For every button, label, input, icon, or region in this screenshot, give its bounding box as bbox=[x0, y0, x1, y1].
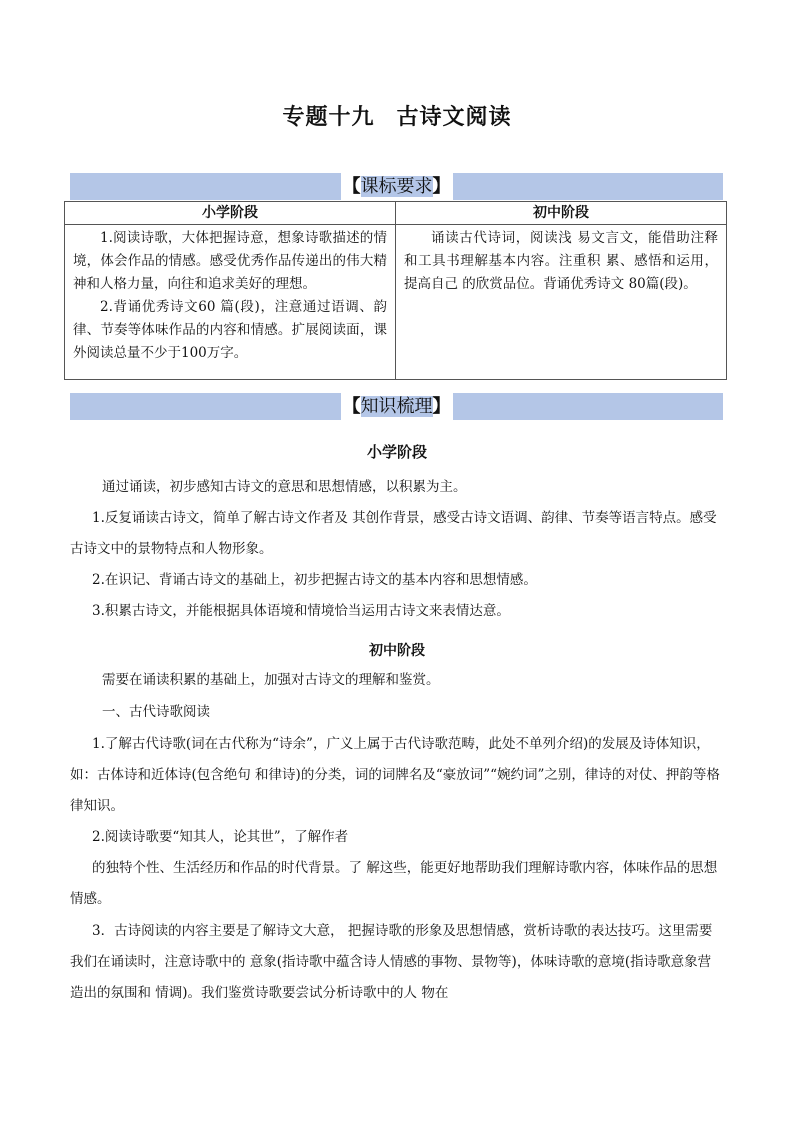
table-row: 1.阅读诗歌，大体把握诗意，想象诗歌描述的情境，体会作品的情感。感受优秀作品传递… bbox=[65, 225, 727, 380]
primary-intro: 通过诵读，初步感知古诗文的意思和思想情感，以积累为主。 bbox=[82, 472, 722, 503]
primary-requirement-1: 1.阅读诗歌，大体把握诗意，想象诗歌描述的情境，体会作品的情感。感受优秀作品传递… bbox=[73, 227, 387, 296]
primary-requirement-2: 2.背诵优秀诗文60 篇(段)，注意通过语调、韵律、节奏等体味作品的内容和情感。… bbox=[73, 296, 387, 365]
poetry-reading-subheading: 一、古代诗歌阅读 bbox=[82, 697, 722, 728]
curriculum-requirements-table: 小学阶段 初中阶段 1.阅读诗歌，大体把握诗意，想象诗歌描述的情境，体会作品的情… bbox=[64, 201, 727, 380]
title-topic-name: 古诗文阅读 bbox=[397, 105, 512, 130]
header-middle-stage: 初中阶段 bbox=[396, 202, 727, 225]
primary-item-3: 3.积累古诗文，并能根据具体语境和情境恰当运用古诗文来表情达意。 bbox=[70, 596, 722, 627]
primary-item-1: 1.反复诵读古诗文，简单了解古诗文作者及 其创作背景，感受古诗文语调、韵律、节奏… bbox=[70, 503, 722, 565]
curriculum-banner: 【课标要求】 bbox=[70, 173, 723, 200]
header-primary-stage: 小学阶段 bbox=[65, 202, 396, 225]
curriculum-banner-label: 【课标要求】 bbox=[343, 173, 451, 200]
middle-stage-heading: 初中阶段 bbox=[0, 640, 794, 660]
middle-item-2: 2.阅读诗歌要“知其人，论其世”，了解作者 bbox=[70, 822, 722, 853]
middle-item-1: 1.了解古代诗歌(词在古代称为“诗余”，广义上属于古代诗歌范畴，此处不单列介绍)… bbox=[70, 729, 722, 822]
knowledge-banner: 【知识梳理】 bbox=[70, 393, 723, 420]
middle-item-2-continued: 的独特个性、生活经历和作品的时代背景。了 解这些，能更好地帮助我们理解诗歌内容，… bbox=[70, 853, 722, 915]
middle-requirement-1: 诵读古代诗词，阅读浅 易文言文，能借助注释和工具书理解基本内容。注重积 累、感悟… bbox=[404, 227, 718, 296]
middle-intro: 需要在诵读积累的基础上，加强对古诗文的理解和鉴赏。 bbox=[82, 665, 722, 696]
page-title: 专题十九古诗文阅读 bbox=[0, 100, 794, 131]
primary-item-2: 2.在识记、背诵古诗文的基础上，初步把握古诗文的基本内容和思想情感。 bbox=[70, 565, 722, 596]
table-header-row: 小学阶段 初中阶段 bbox=[65, 202, 727, 225]
middle-item-3: 3．古诗阅读的内容主要是了解诗文大意， 把握诗歌的形象及思想情感，赏析诗歌的表达… bbox=[70, 916, 722, 1009]
middle-stage-cell: 诵读古代诗词，阅读浅 易文言文，能借助注释和工具书理解基本内容。注重积 累、感悟… bbox=[396, 225, 727, 380]
primary-stage-heading: 小学阶段 bbox=[0, 441, 794, 462]
knowledge-banner-label: 【知识梳理】 bbox=[343, 393, 451, 420]
title-topic-number: 专题十九 bbox=[282, 105, 374, 130]
primary-stage-cell: 1.阅读诗歌，大体把握诗意，想象诗歌描述的情境，体会作品的情感。感受优秀作品传递… bbox=[65, 225, 396, 380]
